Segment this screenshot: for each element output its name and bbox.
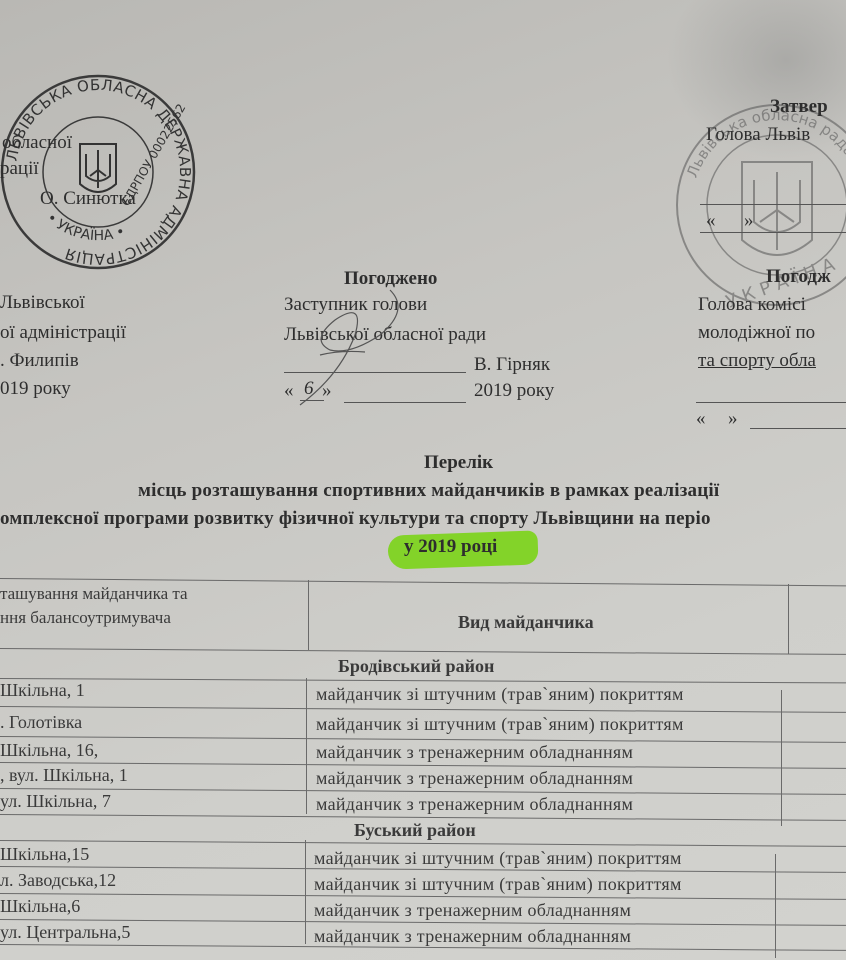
row-location: , вул. Шкільна, 1 xyxy=(0,765,128,786)
left-line-1: Львівської xyxy=(0,292,85,314)
agreed-date-line xyxy=(750,428,846,429)
table-row-line xyxy=(0,840,846,847)
table-col-divider xyxy=(305,840,306,944)
district-heading: Бродівський район xyxy=(338,656,494,677)
table-col-divider xyxy=(781,690,782,826)
agreed-heading: Погодж xyxy=(766,266,831,288)
table-col-divider xyxy=(308,580,309,650)
agreed-position-line-3: та спорту обла xyxy=(698,350,816,372)
approved-signature-line xyxy=(700,204,846,205)
agreed-position-line-2: молодіжної по xyxy=(698,322,815,344)
handwritten-signature xyxy=(280,280,420,420)
document-subtitle-year: у 2019 році xyxy=(404,536,497,558)
left-line-2: ої адміністрації xyxy=(0,322,126,344)
row-location: Шкільна,15 xyxy=(0,844,89,865)
district-heading: Буський район xyxy=(354,820,476,841)
row-location: . Голотівка xyxy=(0,712,82,733)
row-location: ул. Центральна,5 xyxy=(0,922,130,943)
header-type: Вид майданчика xyxy=(458,612,594,633)
header-location-line-2: ння балансоутримувача xyxy=(0,608,171,628)
row-location: л. Заводська,12 xyxy=(0,870,116,891)
header-location-line-1: ташування майданчика та xyxy=(0,584,188,604)
left-overlay-line-1: обласної xyxy=(2,132,72,154)
row-type: майданчик з тренажерним обладнанням xyxy=(316,794,633,815)
row-location: Шкільна, 1 xyxy=(0,680,85,701)
row-type: майданчик з тренажерним обладнанням xyxy=(316,742,633,763)
left-overlay-signer: О. Синютка xyxy=(40,188,136,210)
row-type: майданчик зі штучним (трав`яним) покритт… xyxy=(314,874,682,895)
approved-date-close: » xyxy=(744,210,754,232)
document-subtitle-line-2: омплексної програми розвитку фізичної ку… xyxy=(0,508,711,530)
agreed-signature-line xyxy=(696,402,846,403)
row-type: майданчик з тренажерним обладнанням xyxy=(316,768,633,789)
document-title: Перелік xyxy=(424,452,493,474)
table-row-line xyxy=(0,678,846,683)
document-subtitle-line-1: місць розташування спортивних майданчикі… xyxy=(138,480,719,502)
approved-heading: Затвер xyxy=(770,96,828,118)
approved-date-line xyxy=(700,232,846,233)
trident-icon xyxy=(742,162,812,255)
table-col-divider xyxy=(306,678,307,814)
trident-icon xyxy=(80,144,116,192)
left-overlay-line-2: рації xyxy=(0,158,39,180)
agreed-date-close: » xyxy=(728,408,738,430)
row-type: майданчик зі штучним (трав`яним) покритт… xyxy=(314,848,682,869)
table-col-divider xyxy=(788,584,789,654)
row-location: Шкільна, 16, xyxy=(0,740,98,761)
approval-year: 2019 року xyxy=(474,380,554,402)
row-location: ул. Шкільна, 7 xyxy=(0,791,111,812)
approved-date-open: « xyxy=(706,210,716,232)
row-location: Шкільна,6 xyxy=(0,896,80,917)
row-type: майданчик з тренажерним обладнанням xyxy=(314,926,631,947)
row-type: майданчик зі штучним (трав`яним) покритт… xyxy=(316,714,684,735)
approved-position: Голова Львів xyxy=(706,124,810,146)
row-type: майданчик зі штучним (трав`яним) покритт… xyxy=(316,684,684,705)
row-type: майданчик з тренажерним обладнанням xyxy=(314,900,631,921)
agreed-date-open: « xyxy=(696,408,706,430)
table-row-line xyxy=(0,706,846,713)
svg-text:• УКРАЇНА •: • УКРАЇНА • xyxy=(43,210,127,244)
left-line-4: 019 року xyxy=(0,378,71,400)
approval-signer: В. Гірняк xyxy=(474,354,550,376)
left-line-3: . Филипів xyxy=(0,350,79,372)
agreed-position-line-1: Голова комісі xyxy=(698,294,806,316)
table-row-line xyxy=(0,648,846,655)
table-col-divider xyxy=(775,854,776,958)
